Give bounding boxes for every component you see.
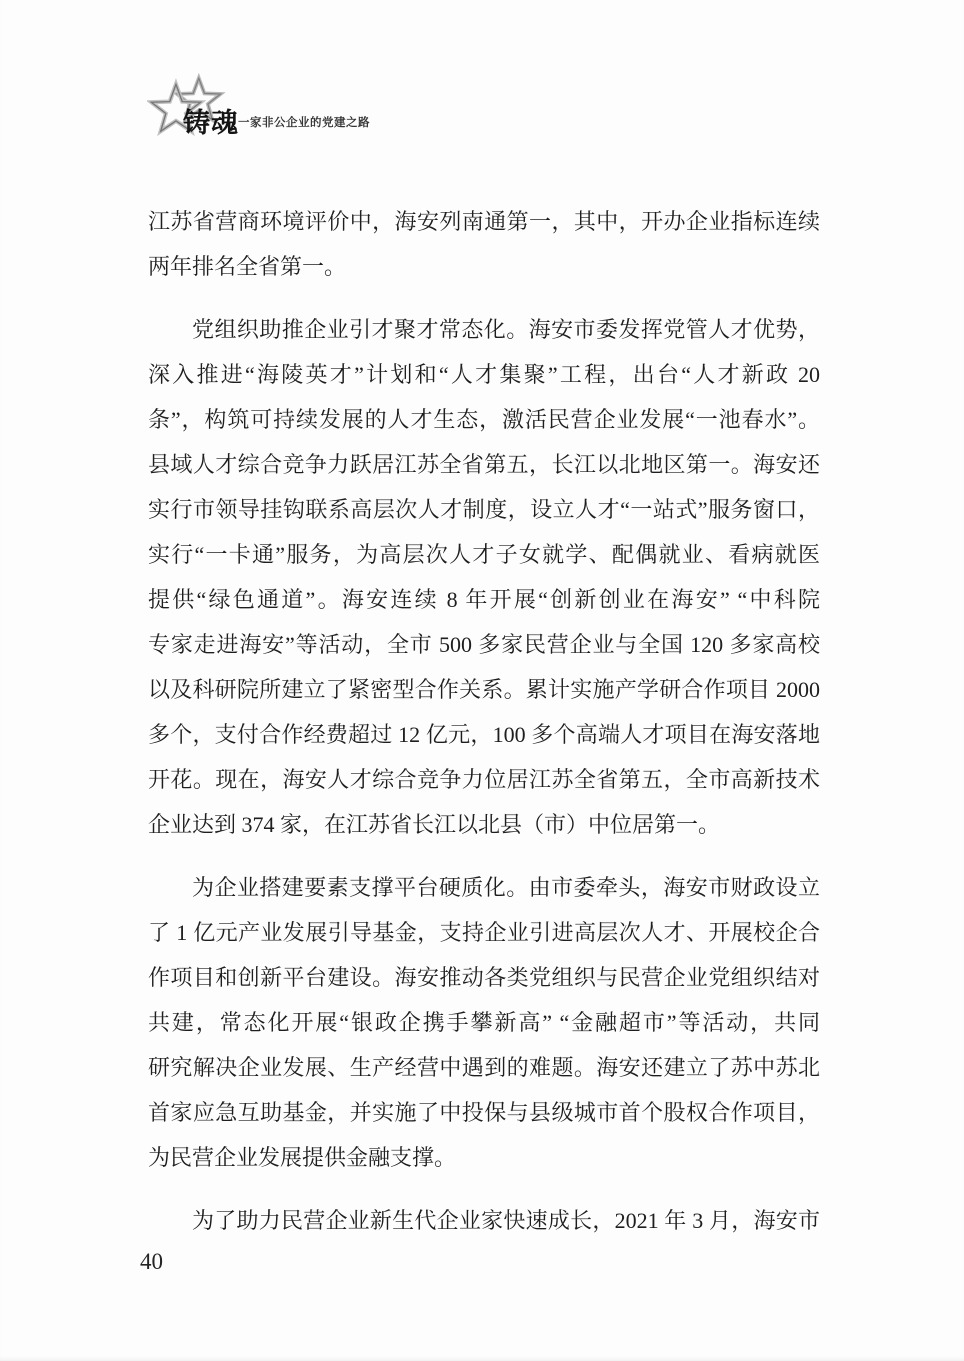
text-line: 县域人才综合竞争力跃居江苏全省第五，长江以北地区第一。海安还 bbox=[148, 442, 820, 487]
text-line: 条”，构筑可持续发展的人才生态，激活民营企业发展“一池春水”。 bbox=[148, 397, 820, 442]
text-line: 专家走进海安”等活动，全市 500 多家民营企业与全国 120 多家高校 bbox=[148, 622, 820, 667]
body-text: 江苏省营商环境评价中，海安列南通第一，其中，开办企业指标连续两年排名全省第一。党… bbox=[148, 199, 820, 1243]
page-number: 40 bbox=[140, 1249, 163, 1275]
text-line: 为了助力民营企业新生代企业家快速成长，2021 年 3 月，海安市 bbox=[148, 1198, 820, 1243]
text-line: 企业达到 374 家，在江苏省长江以北县（市）中位居第一。 bbox=[148, 802, 820, 847]
logo-text: 铸魂 bbox=[183, 101, 239, 140]
text-line: 江苏省营商环境评价中，海安列南通第一，其中，开办企业指标连续 bbox=[148, 199, 820, 244]
text-line: 深入推进“海陵英才”计划和“人才集聚”工程，出台“人才新政 20 bbox=[148, 352, 820, 397]
text-line: 首家应急互助基金，并实施了中投保与县级城市首个股权合作项目， bbox=[148, 1090, 820, 1135]
logo-tagline: 一家非公企业的党建之路 bbox=[238, 114, 370, 130]
text-line: 实行市领导挂钩联系高层次人才制度，设立人才“一站式”服务窗口， bbox=[148, 487, 820, 532]
text-line: 提供“绿色通道”。海安连续 8 年开展“创新创业在海安” “中科院 bbox=[148, 577, 820, 622]
text-line: 作项目和创新平台建设。海安推动各类党组织与民营企业党组织结对 bbox=[148, 955, 820, 1000]
document-page: 铸魂 一家非公企业的党建之路 江苏省营商环境评价中，海安列南通第一，其中，开办企… bbox=[0, 0, 964, 1361]
text-line: 两年排名全省第一。 bbox=[148, 244, 820, 289]
text-line: 了 1 亿元产业发展引导基金，支持企业引进高层次人才、开展校企合 bbox=[148, 910, 820, 955]
text-line: 研究解决企业发展、生产经营中遇到的难题。海安还建立了苏中苏北 bbox=[148, 1045, 820, 1090]
paragraph: 为了助力民营企业新生代企业家快速成长，2021 年 3 月，海安市 bbox=[148, 1198, 820, 1243]
text-line: 共建，常态化开展“银政企携手攀新高” “金融超市”等活动，共同 bbox=[148, 1000, 820, 1045]
paragraph: 党组织助推企业引才聚才常态化。海安市委发挥党管人才优势，深入推进“海陵英才”计划… bbox=[148, 307, 820, 847]
paragraph: 江苏省营商环境评价中，海安列南通第一，其中，开办企业指标连续两年排名全省第一。 bbox=[148, 199, 820, 289]
text-line: 党组织助推企业引才聚才常态化。海安市委发挥党管人才优势， bbox=[148, 307, 820, 352]
text-line: 多个，支付合作经费超过 12 亿元，100 多个高端人才项目在海安落地 bbox=[148, 712, 820, 757]
paragraph: 为企业搭建要素支撑平台硬质化。由市委牵头，海安市财政设立了 1 亿元产业发展引导… bbox=[148, 865, 820, 1180]
text-line: 为企业搭建要素支撑平台硬质化。由市委牵头，海安市财政设立 bbox=[148, 865, 820, 910]
text-line: 以及科研院所建立了紧密型合作关系。累计实施产学研合作项目 2000 bbox=[148, 667, 820, 712]
text-line: 开花。现在，海安人才综合竞争力位居江苏全省第五，全市高新技术 bbox=[148, 757, 820, 802]
text-line: 为民营企业发展提供金融支撑。 bbox=[148, 1135, 820, 1180]
text-line: 实行“一卡通”服务，为高层次人才子女就学、配偶就业、看病就医 bbox=[148, 532, 820, 577]
